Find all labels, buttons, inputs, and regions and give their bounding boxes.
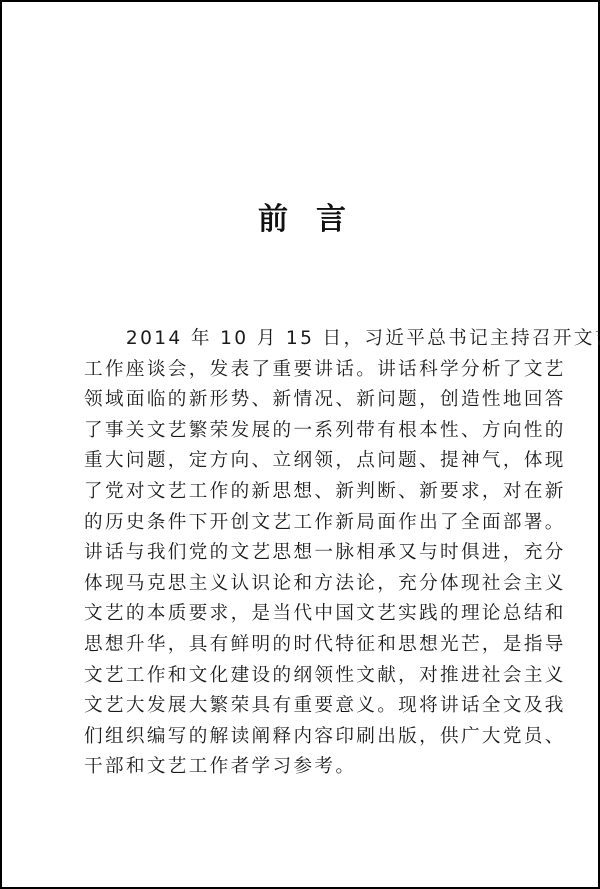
paragraph-line: 工作座谈会，发表了重要讲话。讲话科学分析了文艺 <box>84 355 525 386</box>
paragraph-line: 讲话与我们党的文艺思想一脉相承又与时俱进，充分 <box>84 538 525 569</box>
preface-paragraph: 2014 年 10 月 15 日，习近平总书记主持召开文艺 工作座谈会，发表了重… <box>84 324 525 783</box>
paragraph-line: 文艺工作和文化建设的纲领性文献，对推进社会主义 <box>84 661 525 692</box>
paragraph-line: 文艺的本质要求，是当代中国文艺实践的理论总结和 <box>84 599 525 630</box>
paragraph-line: 干部和文艺工作者学习参考。 <box>84 752 525 783</box>
paragraph-line: 思想升华，具有鲜明的时代特征和思想光芒，是指导 <box>84 630 525 661</box>
paragraph-line: 体现马克思主义认识论和方法论，充分体现社会主义 <box>84 569 525 600</box>
paragraph-line: 的历史条件下开创文艺工作新局面作出了全面部署。 <box>84 508 525 539</box>
page-title: 前言 <box>2 200 600 240</box>
paragraph-line: 文艺大发展大繁荣具有重要意义。现将讲话全文及我 <box>84 691 525 722</box>
document-page: 前言 2014 年 10 月 15 日，习近平总书记主持召开文艺 工作座谈会，发… <box>0 0 600 889</box>
paragraph-line: 了事关文艺繁荣发展的一系列带有根本性、方向性的 <box>84 416 525 447</box>
paragraph-line: 了党对文艺工作的新思想、新判断、新要求，对在新 <box>84 477 525 508</box>
paragraph-line: 2014 年 10 月 15 日，习近平总书记主持召开文艺 <box>84 324 525 355</box>
paragraph-line: 重大问题，定方向、立纲领，点问题、提神气，体现 <box>84 446 525 477</box>
paragraph-line: 领域面临的新形势、新情况、新问题，创造性地回答 <box>84 385 525 416</box>
paragraph-line: 们组织编写的解读阐释内容印刷出版，供广大党员、 <box>84 722 525 753</box>
